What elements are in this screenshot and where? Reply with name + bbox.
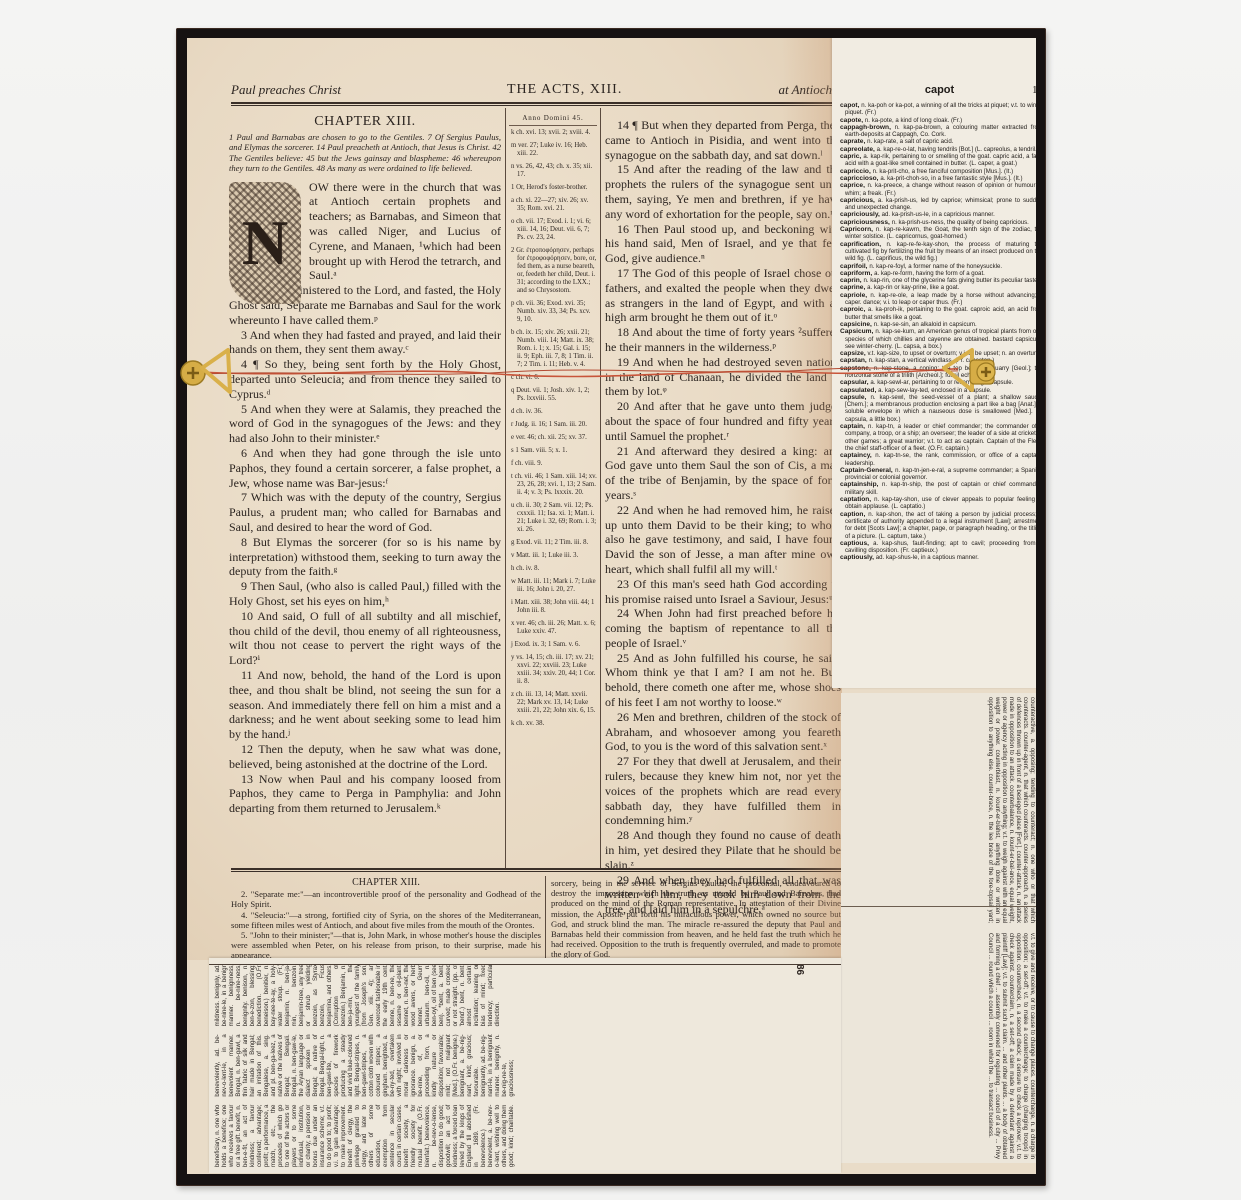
dictionary-definition: n. kap-rate, a salt of capric acid. <box>867 138 953 145</box>
dictionary-word: capstan, <box>840 357 869 364</box>
dictionary-word: caption, <box>840 511 868 518</box>
verse: 12 Then the deputy, when he saw what was… <box>229 742 501 772</box>
dictionary-word: capsule, <box>840 394 870 401</box>
dictionary-entry: captainship, n. kap-tn-ship, the post of… <box>840 481 1036 496</box>
dictionary-definition: n. kap-sewl, the seed-vessel of a plant;… <box>845 394 1036 423</box>
verse: 21 And afterward they desired a king: an… <box>605 444 841 503</box>
dictionary-definition: n. kap-tn, a leader or chief commander; … <box>845 423 1036 452</box>
dictionary-word: Capricorn, <box>840 226 876 233</box>
dictionary-definition: a. kap-shus, fault-finding; apt to cavil… <box>845 540 1036 554</box>
dictionary-word: caprifoil, <box>840 263 869 270</box>
dictionary-definition: n. kap-re-ole, a leap made by a horse wi… <box>845 292 1036 306</box>
dictionary-word: capot, <box>840 102 861 109</box>
dictionary-clipping-bottom: beneficiary, n. one who holds a benefice… <box>209 958 841 1173</box>
reference: r Judg. ii. 16; 1 Sam. iii. 20. <box>509 421 597 429</box>
dictionary-definition: a. ka-prit-choh-so, in a free fantastic … <box>880 175 1022 182</box>
scripture-column-right: 14 ¶ But when they departed from Perga, … <box>605 110 841 917</box>
header-rule <box>231 102 842 106</box>
dictionary-entry: caprin, n. kap-rin, one of the glycerine… <box>840 277 1036 284</box>
dictionary-entry: capriform, a. kap-re-form, having the fo… <box>840 270 1036 277</box>
dictionary-head: capot 13 <box>832 84 1036 96</box>
dictionary-entry: caprification, n. kap-re-fe-kay-shon, th… <box>840 241 1036 263</box>
reference: e ver. 46; ch. xii. 25; xv. 37. <box>509 434 597 442</box>
dictionary-word: captiously, <box>840 554 876 561</box>
reference: m ver. 27; Luke iv. 16; Heb. xiii. 22. <box>509 142 597 158</box>
dictionary-word: captain, <box>840 423 868 430</box>
verse: 9 Then Saul, (who also is called Paul,) … <box>229 579 501 609</box>
verse: 8 But Elymas the sorcerer (for so is his… <box>229 535 501 579</box>
d-ring-hanger-left-icon[interactable] <box>180 346 238 396</box>
reference: f ch. viii. 9. <box>509 460 597 468</box>
dictionary-entry: captiously, ad. kap-shus-le, in a captio… <box>840 554 1036 561</box>
dictionary-page-number: 13 <box>1032 84 1036 96</box>
reference: x ver. 46; ch. iii. 26; Matt. x. 6; Luke… <box>509 620 597 636</box>
dictionary-entry: caproic, a. ka-proh-ik, pertaining to th… <box>840 306 1036 321</box>
dictionary-entry: caption, n. kap-shon, the act of taking … <box>840 511 1036 540</box>
reference: z ch. iii. 13, 14; Matt. xxvii. 22; Mark… <box>509 691 597 715</box>
dictionary-entry: Capricorn, n. kap-re-kawrn, the Goat, th… <box>840 226 1036 241</box>
verse: 15 And after the reading of the law and … <box>605 162 841 221</box>
running-head: Paul preaches Christ THE ACTS, XIII. at … <box>227 82 832 102</box>
dictionary-entry: capriccio, n. ka-prit-cho, a free fancif… <box>840 168 1036 175</box>
reference: j Exod. ix. 3; 1 Sam. v. 6. <box>509 641 597 649</box>
reference: t ch. vii. 46; 1 Sam. xiii. 14; xv. 23, … <box>509 473 597 497</box>
dictionary-entry: caprine, a. kap-rin or kay-prine, like a… <box>840 284 1036 291</box>
dictionary-entry: capsule, n. kap-sewl, the seed-vessel of… <box>840 394 1036 423</box>
verse: 18 And about the time of forty years ²su… <box>605 325 841 355</box>
chapter-summary: 1 Paul and Barnabas are chosen to go to … <box>229 132 501 174</box>
bible-page: Paul preaches Christ THE ACTS, XIII. at … <box>187 38 842 960</box>
verse: 4 ¶ So they, being sent forth by the Hol… <box>229 357 501 401</box>
dictionary-word: Captain-General, <box>840 467 895 474</box>
dictionary-entry: captation, n. kap-tay-shon, use of cleve… <box>840 496 1036 511</box>
dictionary-definition: n. ka-prit-cho, a free fanciful composit… <box>873 168 1014 175</box>
dictionary-word: capsize, <box>840 350 868 357</box>
reference: o ch. vii. 17; Exod. i. 1; vi. 6; xiii. … <box>509 218 597 242</box>
verse: 7 Which was with the deputy of the count… <box>229 490 501 534</box>
reference: a ch. xi. 22—27; xiv. 26; xv. 35; Rom. x… <box>509 197 597 213</box>
dictionary-definition: ad. ka-prish-us-le, in a capricious mann… <box>882 211 995 218</box>
dictionary-headword: capot <box>925 84 954 96</box>
verse: 24 When John had first preached before h… <box>605 606 841 650</box>
dictionary-entry: Captain-General, n. kap-tn-jen-e-ral, a … <box>840 467 1036 482</box>
dictionary-word: caprification, <box>840 241 886 248</box>
dictionary-clipping-right: to; to hinder; to defeat; to neutralize.… <box>841 693 1036 1163</box>
reference: k ch. xv. 38. <box>509 720 597 728</box>
dictionary-entry: cappagh-brown, n. kap-pa-brown, a colour… <box>840 124 1036 139</box>
verse: 19 And when he had destroyed seven natio… <box>605 355 841 399</box>
dictionary-entry: capriciousness, n. ka-prish-us-ness, the… <box>840 219 1036 226</box>
reference: i Matt. xiii. 38; John viii. 44; 1 John … <box>509 599 597 615</box>
dictionary-entry: capot, n. ka-poh or ka-pot, a winning of… <box>840 102 1036 117</box>
dictionary-clipping-top: capot 13 capot, n. ka-poh or ka-pot, a w… <box>832 38 1036 688</box>
column-rule-left <box>505 108 506 868</box>
references-title: Anno Domini 45. <box>509 110 597 126</box>
dictionary-word: capote, <box>840 117 865 124</box>
verse: 22 And when he had removed him, he raise… <box>605 503 841 577</box>
dictionary-entry: capric, a. kap-rik, pertaining to or sme… <box>840 153 1036 168</box>
reference: q Deut. vii. 1; Josh. xiv. 1, 2; Ps. lxx… <box>509 387 597 403</box>
verse: 25 And as John fulfilled his course, he … <box>605 651 841 710</box>
running-head-left: Paul preaches Christ <box>231 82 341 98</box>
dictionary-entry: captain, n. kap-tn, a leader or chief co… <box>840 423 1036 452</box>
dictionary-word: cappagh-brown, <box>840 124 895 131</box>
reference: p ch. vii. 36; Exod. xvi. 35; Numb. xiv.… <box>509 300 597 324</box>
dictionary-word: capreolate, <box>840 146 877 153</box>
dictionary-entries: capot, n. ka-poh or ka-pot, a winning of… <box>832 96 1036 562</box>
dictionary-definition: n. ka-poh or ka-pot, a winning of all th… <box>845 102 1036 116</box>
dictionary-entry: captaincy, n. kap-tn-se, the rank, commi… <box>840 452 1036 467</box>
verse: 10 And said, O full of all subtilty and … <box>229 609 501 668</box>
reference: y vs. 14, 15; ch. iii. 17; xv. 21; xxvi.… <box>509 654 597 686</box>
dictionary-word: capsulated, <box>840 387 878 394</box>
dictionary-definition: a. kap-re-o-lat, having tendrils [Bot.] … <box>877 146 1036 153</box>
strip-divider <box>841 906 1036 907</box>
verse: 28 And though they found no cause of dea… <box>605 828 841 872</box>
dictionary-word: caprine, <box>840 284 867 291</box>
dictionary-entry: caprifoil, n. kap-re-foyl, a former name… <box>840 263 1036 270</box>
dictionary-definition: n. ka-preece, a change without reason of… <box>845 182 1036 196</box>
chapter-title: CHAPTER XIII. <box>229 114 501 130</box>
note: 4. "Seleucia:"—a strong, fortified city … <box>231 910 541 930</box>
dictionary-definition: n. kap-rin, one of the glycerine fats gi… <box>863 277 1036 284</box>
dictionary-strip-text: beneficiary, n. one who holds a benefice… <box>209 958 841 1173</box>
reference: c ch. vi. 6. <box>509 374 597 382</box>
reference: 2 Gr. ἐτροποφόρησεν, perhaps for ἐτροφοφ… <box>509 247 597 295</box>
verse: 5 And when they were at Salamis, they pr… <box>229 402 501 446</box>
dictionary-entry: caprice, n. ka-preece, a change without … <box>840 182 1036 197</box>
dictionary-word: capriole, <box>840 292 870 299</box>
reference: d ch. iv. 36. <box>509 408 597 416</box>
column-rule-right <box>600 108 601 868</box>
scripture-column-left: CHAPTER XIII. 1 Paul and Barnabas are ch… <box>229 110 501 816</box>
reference: b ch. ix. 15; xiv. 26; xxii. 21; Numb. v… <box>509 329 597 369</box>
notes-column-rule <box>545 876 546 966</box>
dictionary-word: caproic, <box>840 306 868 313</box>
notes-rule <box>231 868 842 872</box>
dictionary-definition: n. kap-tay-shon, use of clever appeals t… <box>845 496 1036 510</box>
dictionary-strip-text: to; to hinder; to defeat; to neutralize.… <box>841 693 1036 1163</box>
verse: 11 And now, behold, the hand of the Lord… <box>229 668 501 742</box>
dictionary-word: captaincy, <box>840 452 875 459</box>
dictionary-word: capriciously, <box>840 211 882 218</box>
dictionary-entry: capreolate, a. kap-re-o-lat, having tend… <box>840 146 1036 153</box>
dictionary-word: caprate, <box>840 138 867 145</box>
verse: 17 The God of this people of Israel chos… <box>605 266 841 325</box>
dictionary-definition: a. kap-re-form, having the form of a goa… <box>874 270 985 277</box>
notes-chapter-title: CHAPTER XIII. <box>231 878 541 888</box>
running-head-center: THE ACTS, XIII. <box>507 82 622 98</box>
dictionary-word: capriform, <box>840 270 874 277</box>
dictionary-word: capriccio, <box>840 168 873 175</box>
dictionary-definition: a. kap-rik, pertaining to or smelling of… <box>845 153 1036 167</box>
collage-mount: Paul preaches Christ THE ACTS, XIII. at … <box>187 38 1036 1174</box>
dictionary-entry: caprate, n. kap-rate, a salt of capric a… <box>840 138 1036 145</box>
dictionary-definition: n. kap-se-sin, an alkaloid in capsicum. <box>874 321 977 328</box>
illuminated-initial-icon: N <box>229 182 301 304</box>
reference: w Matt. iii. 11; Mark i. 7; Luke iii. 16… <box>509 578 597 594</box>
dictionary-definition: n. ka-prish-us-ness, the quality of bein… <box>892 219 1029 226</box>
verse: 23 Of this man's seed hath God according… <box>605 577 841 607</box>
dictionary-definition: a. kap-rin or kay-prine, like a goat. <box>867 284 959 291</box>
dictionary-word: captainship, <box>840 481 882 488</box>
dictionary-entry: capriccioso, a. ka-prit-choh-so, in a fr… <box>840 175 1036 182</box>
reference: u ch. ii. 30; 2 Sam. vii. 12; Ps. cxxxii… <box>509 502 597 534</box>
d-ring-hanger-right-icon[interactable] <box>936 346 1000 396</box>
cross-references: Anno Domini 45. k ch. xvi. 13; xvii. 2; … <box>509 110 597 733</box>
reference: g Exod. vii. 11; 2 Tim. iii. 8. <box>509 539 597 547</box>
verse: 14 ¶ But when they departed from Perga, … <box>605 118 841 162</box>
running-head-right: at Antioch <box>778 82 832 98</box>
reference: n vs. 26, 42, 43; ch. x. 35; xii. 17. <box>509 163 597 179</box>
dictionary-definition: n. ka-pote, a kind of long cloak. (Fr.) <box>865 117 962 124</box>
verse: 6 And when they had gone through the isl… <box>229 446 501 490</box>
verse-1-text: OW there were in the church that was at … <box>309 180 501 284</box>
reference: h ch. iv. 8. <box>509 565 597 573</box>
dictionary-definition: n. kap-re-foyl, a former name of the hon… <box>869 263 1002 270</box>
dictionary-definition: a. ka-proh-ik, pertaining to the goat. c… <box>845 306 1036 320</box>
dictionary-word: captation, <box>840 496 874 503</box>
dictionary-word: captious, <box>840 540 873 547</box>
dictionary-definition: ad. kap-shus-le, in a captious manner. <box>876 554 979 561</box>
dictionary-entry: captious, a. kap-shus, fault-finding; ap… <box>840 540 1036 555</box>
dictionary-entry: capsicine, n. kap-se-sin, an alkaloid in… <box>840 321 1036 328</box>
dictionary-word: caprin, <box>840 277 863 284</box>
verse: 26 Men and brethren, children of the sto… <box>605 710 841 754</box>
dictionary-word: Capsicum, <box>840 328 875 335</box>
verse: 13 Now when Paul and his company loosed … <box>229 772 501 816</box>
note: sorcery, being in the service of Sergius… <box>551 878 841 960</box>
verse: 20 And after that he gave unto them judg… <box>605 399 841 443</box>
note: 5. "John to their minister;"—that is, Jo… <box>231 930 541 961</box>
dictionary-entry: capriole, n. kap-re-ole, a leap made by … <box>840 292 1036 307</box>
dictionary-word: capriccioso, <box>840 175 880 182</box>
dictionary-word: capriciousness, <box>840 219 892 226</box>
bottom-strip-rule <box>209 964 841 965</box>
dictionary-word: capsicine, <box>840 321 874 328</box>
dictionary-word: capsular, <box>840 379 870 386</box>
dictionary-page-number: 86 <box>794 964 805 975</box>
verse: 27 For they that dwell at Jerusalem, and… <box>605 754 841 828</box>
verse: 3 And when they had fasted and prayed, a… <box>229 328 501 358</box>
reference: v Matt. iii. 1; Luke iii. 3. <box>509 552 597 560</box>
reference: 1 Or, Herod's foster-brother. <box>509 184 597 192</box>
dictionary-definition: n. kap-shon, the act of taking a person … <box>845 511 1036 540</box>
reference: s 1 Sam. viii. 5; x. 1. <box>509 447 597 455</box>
reference: k ch. xvi. 13; xvii. 2; xviii. 4. <box>509 129 597 137</box>
dictionary-entry: capote, n. ka-pote, a kind of long cloak… <box>840 117 1036 124</box>
dictionary-entry: capricious, a. ka-prish-us, led by capri… <box>840 197 1036 212</box>
dictionary-word: caprice, <box>840 182 868 189</box>
picture-frame: Paul preaches Christ THE ACTS, XIII. at … <box>176 28 1046 1186</box>
verse-1: N OW there were in the church that was a… <box>229 180 501 284</box>
dictionary-word: capstone, <box>840 365 874 372</box>
dictionary-entry: capriciously, ad. ka-prish-us-le, in a c… <box>840 211 1036 218</box>
verse: 16 Then Paul stood up, and beckoning wit… <box>605 222 841 266</box>
note: 2. "Separate me:"—an incontrovertible pr… <box>231 889 541 909</box>
dictionary-word: capric, <box>840 153 863 160</box>
dictionary-word: capricious, <box>840 197 878 204</box>
